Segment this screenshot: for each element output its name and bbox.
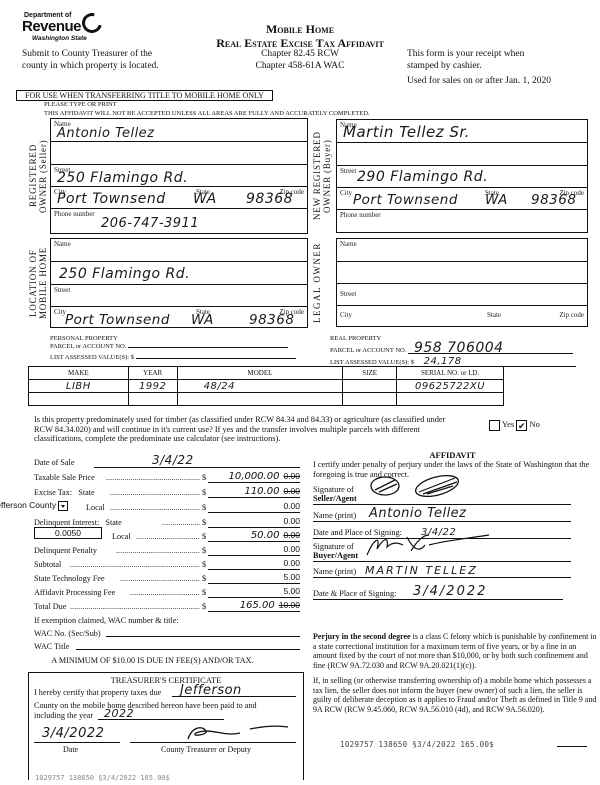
struck-value: 0.00 bbox=[283, 471, 300, 481]
treasurer-sign-row: 3/4/2022 bbox=[34, 725, 296, 743]
buyer-signature-icon bbox=[363, 531, 493, 557]
state-tech-fee-label: State Technology Fee bbox=[34, 574, 105, 583]
real-parcel-input[interactable]: 958 706004 bbox=[408, 343, 573, 354]
buyer-street-value: 290 Flamingo Rd. bbox=[357, 169, 488, 185]
location-city-field[interactable]: City State Zip code Port Townsend WA 983… bbox=[51, 307, 307, 328]
phone-label: Phone number bbox=[54, 210, 95, 218]
excise-local-label: Local bbox=[86, 503, 105, 512]
seller-agent-text: Seller/Agent bbox=[313, 494, 357, 503]
legal-name-field[interactable]: Name bbox=[337, 239, 587, 262]
legal-street-field[interactable]: Street bbox=[337, 284, 587, 306]
buyer-name-value: Martin Tellez Sr. bbox=[343, 123, 470, 141]
delinquent-penalty-label: Delinquent Penalty bbox=[34, 546, 97, 555]
faint-stamp: 1029757 138650 §3/4/2022 165.00$ bbox=[35, 774, 170, 782]
buyer-city-value: Port Townsend bbox=[353, 192, 458, 208]
seller-state-value: WA bbox=[193, 191, 217, 207]
wac-no-row: WAC No. (Sec/Sub) bbox=[34, 629, 300, 638]
col-make: MAKE bbox=[29, 367, 129, 380]
year-cell[interactable] bbox=[128, 393, 177, 406]
form-title-line1: Mobile Home bbox=[0, 22, 600, 37]
buyer-date-label: Date & Place of Signing: bbox=[313, 589, 396, 598]
table-row: LIBH 1992 48/24 09625722XU bbox=[29, 380, 504, 393]
seller-print-name-label: Name (print) bbox=[313, 511, 356, 520]
buyer-name2-field[interactable] bbox=[337, 143, 587, 166]
seller-section-label: REGISTERED OWNER (Seller) bbox=[28, 118, 52, 234]
perjury-bold-text: Perjury in the second degree bbox=[313, 632, 411, 641]
please-type-note: PLEASE TYPE OR PRINT bbox=[44, 101, 117, 108]
seller-zip-value: 98368 bbox=[246, 191, 293, 207]
delinquent-local-input[interactable]: 50.000.00 bbox=[208, 530, 300, 542]
yes-checkbox[interactable] bbox=[489, 420, 500, 431]
seller-city-value: Port Townsend bbox=[57, 191, 166, 207]
buyer-signature-field[interactable] bbox=[363, 537, 571, 561]
seller-name-value: Antonio Tellez bbox=[57, 126, 155, 141]
no-checkbox[interactable]: ✔ bbox=[516, 420, 527, 431]
taxable-sale-price-row: Taxable Sale Price .....................… bbox=[34, 470, 300, 483]
seller-name2-field[interactable] bbox=[51, 142, 307, 165]
seller-street-field[interactable]: Street 250 Flamingo Rd. bbox=[51, 165, 307, 187]
location-street-field[interactable]: Street bbox=[51, 285, 307, 307]
total-due-label: Total Due bbox=[34, 602, 66, 611]
receipt-line-1: This form is your receipt when bbox=[407, 49, 524, 61]
size-cell[interactable] bbox=[343, 393, 397, 406]
struck-value: 10.00 bbox=[279, 600, 300, 610]
location-address-value: 250 Flamingo Rd. bbox=[59, 266, 190, 282]
buyer-date-input[interactable]: 3/4/2022 bbox=[413, 584, 487, 599]
excise-state-label: Excise Tax: State bbox=[34, 488, 95, 497]
name-label: Name bbox=[340, 240, 357, 248]
seller-signature-label: Signature ofSeller/Agent bbox=[313, 485, 357, 503]
seller-phone-field[interactable]: Phone number 206-747-3911 bbox=[51, 209, 307, 234]
serial-cell[interactable]: 09625722XU bbox=[397, 380, 504, 393]
street-label: Street bbox=[340, 167, 356, 175]
total-due-row: Total Due ..............................… bbox=[34, 599, 300, 612]
affidavit-fee-label: Affidavit Processing Fee bbox=[34, 588, 115, 597]
seller-label-line1: REGISTERED bbox=[28, 145, 38, 208]
buyer-print-name-label: Name (print) bbox=[313, 567, 356, 576]
seller-signature-icon bbox=[367, 474, 487, 500]
buyer-section-label: NEW REGISTERED OWNER (Buyer) bbox=[312, 118, 336, 234]
lien-notice-text: If, in selling (or otherwise transferrin… bbox=[313, 676, 598, 714]
seller-print-name-input[interactable]: Antonio Tellez bbox=[369, 506, 467, 521]
location-name2-field[interactable]: 250 Flamingo Rd. bbox=[51, 262, 307, 285]
delinquent-local-row: Local ..................................… bbox=[34, 529, 300, 542]
leader-dots: ........................................… bbox=[110, 488, 200, 497]
used-for-date: Used for sales on or after Jan. 1, 2020 bbox=[407, 76, 551, 86]
delinquent-state-label: Delinquent Interest: State bbox=[34, 518, 122, 527]
zip-label: Zip code bbox=[559, 311, 584, 319]
treasurer-signer-label: County Treasurer or Deputy bbox=[161, 745, 251, 754]
excise-state-input[interactable]: 110.000.00 bbox=[208, 486, 300, 498]
real-property-block: REAL PROPERTY PARCEL or ACCOUNT NO. 958 … bbox=[330, 335, 576, 367]
dollar-sign: $ bbox=[202, 473, 206, 482]
real-parcel-label: PARCEL or ACCOUNT NO. bbox=[330, 347, 406, 354]
col-size: SIZE bbox=[343, 367, 397, 380]
cashier-receipt-stamp: 1029757 138650 §3/4/2022 165.00$ bbox=[340, 740, 494, 749]
leader-dots: ........................................… bbox=[120, 574, 200, 583]
treasurer-date-input[interactable]: 3/4/2022 bbox=[34, 727, 120, 743]
dollar-sign: $ bbox=[202, 503, 206, 512]
legal-city-field[interactable]: City State Zip code bbox=[337, 306, 587, 327]
location-state-value: WA bbox=[191, 312, 214, 328]
city-label: City bbox=[340, 189, 352, 197]
location-label-line1: LOCATION OF bbox=[28, 249, 38, 317]
leader-dots: ........................................… bbox=[136, 532, 200, 541]
size-cell[interactable] bbox=[343, 380, 397, 393]
location-label-line2: MOBILE HOME bbox=[38, 247, 48, 319]
seller-signature-row: Signature ofSeller/Agent bbox=[313, 483, 571, 505]
stamp-underline bbox=[557, 746, 587, 747]
taxable-sale-price-label: Taxable Sale Price bbox=[34, 473, 95, 482]
delinquent-state-input[interactable]: 0.00 bbox=[208, 516, 300, 528]
new-value: 110.00 bbox=[244, 486, 279, 497]
leader-dots: ........................................… bbox=[130, 588, 200, 597]
delinquent-local-label: Local bbox=[112, 532, 131, 541]
mobile-home-table: MAKE YEAR MODEL SIZE SERIAL NO. or I.D. … bbox=[28, 366, 504, 406]
seller-street-value: 250 Flamingo Rd. bbox=[57, 170, 188, 186]
leader-dots: ........................................… bbox=[116, 546, 200, 555]
treasurer-title: TREASURER'S CERTIFICATE bbox=[29, 675, 303, 685]
new-value: 10,000.00 bbox=[229, 471, 280, 482]
personal-property-block: PERSONAL PROPERTY PARCEL or ACCOUNT NO. … bbox=[50, 335, 296, 362]
minimum-due-note: A MINIMUM OF $10.00 IS DUE IN FEE(S) AND… bbox=[0, 656, 305, 665]
model-cell[interactable] bbox=[177, 393, 343, 406]
seller-signature-field[interactable] bbox=[363, 480, 571, 504]
excise-local-input[interactable]: 0.00 bbox=[208, 501, 300, 513]
delinquent-penalty-row: Delinquent Penalty .....................… bbox=[34, 543, 300, 556]
exemption-label: If exemption claimed, WAC number & title… bbox=[34, 616, 179, 625]
dollar-sign: $ bbox=[202, 532, 206, 541]
perjury-notice: Perjury in the second degree is a class … bbox=[313, 632, 598, 714]
affidavit-fee-input[interactable]: 5.00 bbox=[208, 586, 300, 598]
subtotal-label: Subtotal bbox=[34, 560, 61, 569]
struck-value: 0.00 bbox=[283, 530, 300, 540]
receipt-note: This form is your receipt when stamped b… bbox=[407, 49, 524, 72]
subtotal-row: Subtotal ...............................… bbox=[34, 557, 300, 570]
state-label: State bbox=[487, 311, 501, 319]
legal-owner-section-label: LEGAL OWNER bbox=[312, 238, 336, 328]
dollar-sign: $ bbox=[202, 574, 206, 583]
street-label: Street bbox=[54, 286, 70, 294]
buyer-label-line2: OWNER (Buyer) bbox=[322, 139, 332, 213]
leader-dots: ........................................… bbox=[70, 602, 200, 611]
taxable-sale-price-input[interactable]: 10,000.000.00 bbox=[208, 471, 300, 483]
seller-box: Name Antonio Tellez Street 250 Flamingo … bbox=[50, 118, 308, 234]
wac-title-input[interactable] bbox=[76, 641, 300, 650]
buyer-city-field[interactable]: City State Zip code Port Townsend WA 983… bbox=[337, 188, 587, 210]
struck-value: 0.00 bbox=[283, 486, 300, 496]
wac-title-row: WAC Title bbox=[34, 642, 300, 651]
personal-assessed-input[interactable] bbox=[136, 358, 296, 359]
seller-name-row: Name (print) Antonio Tellez bbox=[313, 508, 571, 522]
leader-dots: ........................................… bbox=[70, 560, 200, 569]
yes-label: Yes bbox=[502, 419, 514, 429]
col-year: YEAR bbox=[128, 367, 177, 380]
dollar-sign: $ bbox=[202, 560, 206, 569]
buyer-box: Name Martin Tellez Sr. Street 290 Flamin… bbox=[336, 119, 588, 233]
dollar-sign: $ bbox=[202, 602, 206, 611]
delinquent-penalty-input[interactable]: 0.00 bbox=[208, 544, 300, 556]
location-name-field[interactable]: Name bbox=[51, 239, 307, 262]
treasurer-county-input[interactable]: Jefferson bbox=[172, 685, 296, 697]
buyer-date-row: Date & Place of Signing: 3/4/2022 bbox=[313, 584, 563, 600]
location-city-value: Port Townsend bbox=[65, 312, 170, 328]
new-value: 165.00 bbox=[240, 600, 275, 611]
date-of-sale-row: Date of Sale 3/4/22 bbox=[34, 455, 300, 468]
leader-dots: ........................................… bbox=[162, 518, 200, 527]
subtotal-input[interactable]: 0.00 bbox=[208, 558, 300, 570]
dollar-sign: $ bbox=[202, 546, 206, 555]
location-zip-value: 98368 bbox=[249, 312, 294, 328]
personal-parcel-label: PARCEL or ACCOUNT NO. bbox=[50, 343, 126, 350]
legal-owner-box: Name Street City State Zip code bbox=[336, 238, 588, 327]
wac-no-input[interactable] bbox=[106, 628, 300, 637]
buyer-signature-label: Signature ofBuyer/Agent bbox=[313, 542, 358, 560]
col-serial: SERIAL NO. or I.D. bbox=[397, 367, 504, 380]
wac-no-label: WAC No. (Sec/Sub) bbox=[34, 629, 101, 638]
total-due-input[interactable]: 165.0010.00 bbox=[208, 600, 300, 612]
seller-city-field[interactable]: City State Zip code Port Townsend WA 983… bbox=[51, 187, 307, 209]
treasurer-line3: including the year 2022 bbox=[34, 711, 224, 720]
buyer-state-value: WA bbox=[485, 192, 508, 208]
treasurer-line3-text: including the year bbox=[34, 711, 93, 720]
state-tech-fee-row: State Technology Fee ...................… bbox=[34, 571, 300, 584]
date-label: Date bbox=[63, 745, 78, 754]
state-tech-fee-input[interactable]: 5.00 bbox=[208, 572, 300, 584]
date-of-sale-value: 3/4/22 bbox=[152, 453, 194, 467]
buyer-label-line1: NEW REGISTERED bbox=[312, 132, 322, 221]
signature-of-text: Signature of bbox=[313, 542, 354, 551]
treasurer-line1-text: I hereby certify that property taxes due bbox=[34, 688, 161, 697]
model-cell[interactable]: 48/24 bbox=[177, 380, 343, 393]
affidavit-fee-row: Affidavit Processing Fee ...............… bbox=[34, 585, 300, 598]
seller-name-field[interactable]: Name Antonio Tellez bbox=[51, 119, 307, 142]
treasurer-year-input[interactable]: 2022 bbox=[98, 709, 224, 720]
real-assessed-label: LIST ASSESSED VALUE(S): $ bbox=[330, 359, 414, 366]
new-value: 50.00 bbox=[251, 530, 280, 541]
treasurer-line1: I hereby certify that property taxes due… bbox=[34, 688, 296, 697]
use-notice-box: FOR USE WHEN TRANSFERRING TITLE TO MOBIL… bbox=[16, 90, 273, 101]
name-label: Name bbox=[54, 240, 71, 248]
treasurer-signature-icon bbox=[180, 723, 290, 741]
buyer-print-name-input[interactable]: MARTIN TELLEZ bbox=[365, 564, 478, 577]
legal-name2-field[interactable] bbox=[337, 262, 587, 284]
buyer-name-field[interactable]: Name Martin Tellez Sr. bbox=[337, 120, 587, 143]
no-label: No bbox=[529, 419, 539, 429]
table-row bbox=[29, 393, 504, 406]
seller-phone-value: 206-747-3911 bbox=[101, 216, 199, 231]
not-accepted-note: THIS AFFIDAVIT WILL NOT BE ACCEPTED UNLE… bbox=[44, 110, 370, 117]
col-model: MODEL bbox=[177, 367, 343, 380]
leader-dots: ........................................… bbox=[110, 503, 200, 512]
treasurer-signature-field[interactable] bbox=[130, 727, 296, 743]
value: 0.00 bbox=[283, 501, 300, 511]
timber-yes-no: Yes ✔ No bbox=[489, 419, 540, 431]
excise-local-row: Local ..................................… bbox=[34, 500, 300, 513]
personal-assessed-label: LIST ASSESSED VALUE(S): $ bbox=[50, 354, 134, 361]
buyer-agent-text: Buyer/Agent bbox=[313, 551, 358, 560]
value: 0.00 bbox=[283, 544, 300, 554]
dollar-sign: $ bbox=[202, 488, 206, 497]
dollar-sign: $ bbox=[202, 518, 206, 527]
buyer-phone-field[interactable]: Phone number bbox=[337, 210, 587, 233]
location-box: Name 250 Flamingo Rd. Street City State … bbox=[50, 238, 308, 328]
seller-label-line2: OWNER (Seller) bbox=[38, 139, 48, 212]
buyer-street-field[interactable]: Street 290 Flamingo Rd. bbox=[337, 166, 587, 188]
dollar-sign: $ bbox=[202, 588, 206, 597]
value: 0.00 bbox=[283, 516, 300, 526]
buyer-name-row: Name (print) MARTIN TELLEZ bbox=[313, 564, 571, 578]
phone-label: Phone number bbox=[340, 211, 381, 219]
value: 5.00 bbox=[283, 572, 300, 582]
serial-cell[interactable] bbox=[397, 393, 504, 406]
location-section-label: LOCATION OF MOBILE HOME bbox=[28, 238, 52, 328]
excise-state-row: Excise Tax: State ......................… bbox=[34, 485, 300, 498]
date-of-sale-input[interactable]: 3/4/22 bbox=[94, 456, 300, 468]
personal-property-label: PERSONAL PROPERTY bbox=[50, 335, 296, 343]
street-label: Street bbox=[340, 290, 356, 298]
leader-dots: ........................................… bbox=[106, 473, 200, 482]
make-cell[interactable] bbox=[29, 393, 129, 406]
value: 5.00 bbox=[283, 586, 300, 596]
city-label: City bbox=[340, 311, 352, 319]
make-cell[interactable]: LIBH bbox=[29, 380, 129, 393]
personal-parcel-input[interactable] bbox=[128, 347, 288, 348]
timber-question: Is this property predominately used for … bbox=[34, 415, 454, 444]
receipt-line-2: stamped by cashier. bbox=[407, 61, 524, 73]
value: 0.00 bbox=[283, 558, 300, 568]
treasurer-certificate: TREASURER'S CERTIFICATE I hereby certify… bbox=[28, 672, 304, 780]
wac-title-label: WAC Title bbox=[34, 642, 69, 651]
table-header-row: MAKE YEAR MODEL SIZE SERIAL NO. or I.D. bbox=[29, 367, 504, 380]
signature-of-text: Signature of bbox=[313, 485, 354, 494]
year-cell[interactable]: 1992 bbox=[128, 380, 177, 393]
buyer-zip-value: 98368 bbox=[531, 192, 576, 208]
affidavit-title: AFFIDAVIT bbox=[305, 450, 600, 460]
date-of-sale-label: Date of Sale bbox=[34, 458, 74, 467]
buyer-signature-row: Signature ofBuyer/Agent bbox=[313, 540, 571, 562]
